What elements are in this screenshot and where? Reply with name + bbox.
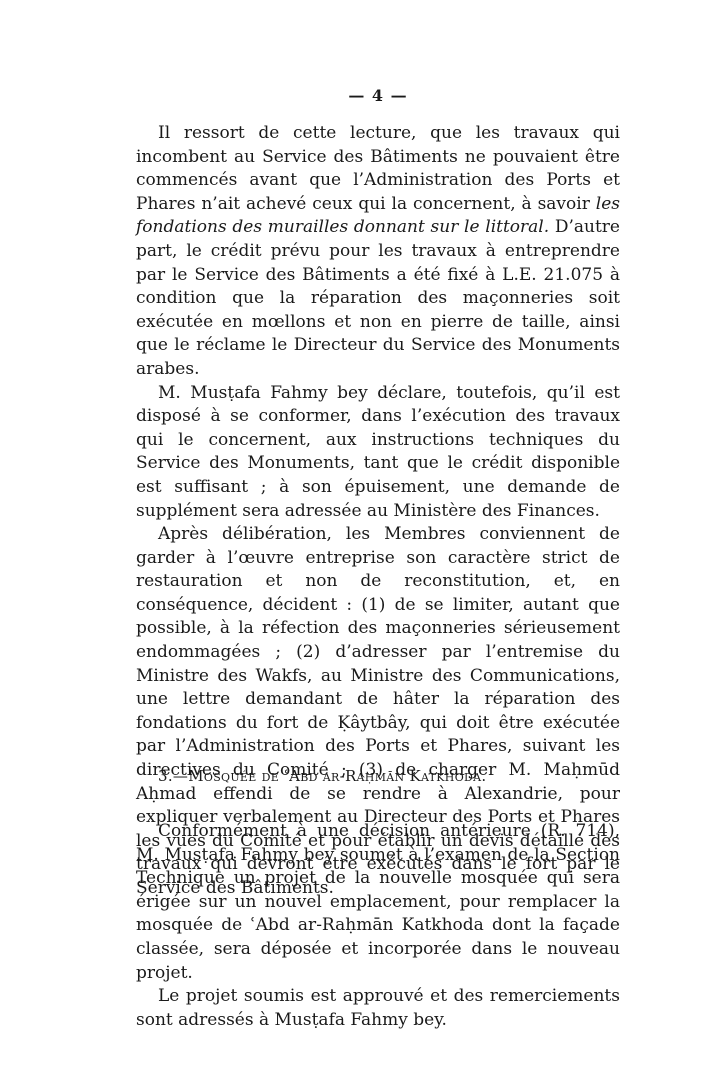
body-text-bottom: Conformément à une décision antérieure (…: [136, 820, 620, 1032]
paragraph-1: Il ressort de cette lecture, que les tra…: [136, 122, 620, 382]
paragraph-5: Le projet soumis est approuvé et des rem…: [136, 985, 620, 1032]
paragraph-4: Conformément à une décision antérieure (…: [136, 820, 620, 985]
paragraph-1-start: Il ressort de cette lecture, que les tra…: [136, 123, 620, 214]
page-number: — 4 —: [136, 86, 620, 105]
paragraph-2: M. Musṭafa Fahmy bey déclare, toutefois,…: [136, 382, 620, 524]
section-heading: 3.—Mosquée de ʿAbd ar-Raḥmān Katkhoda.: [136, 765, 620, 787]
paragraph-1-end: D’autre part, le crédit prévu pour les t…: [136, 217, 620, 379]
